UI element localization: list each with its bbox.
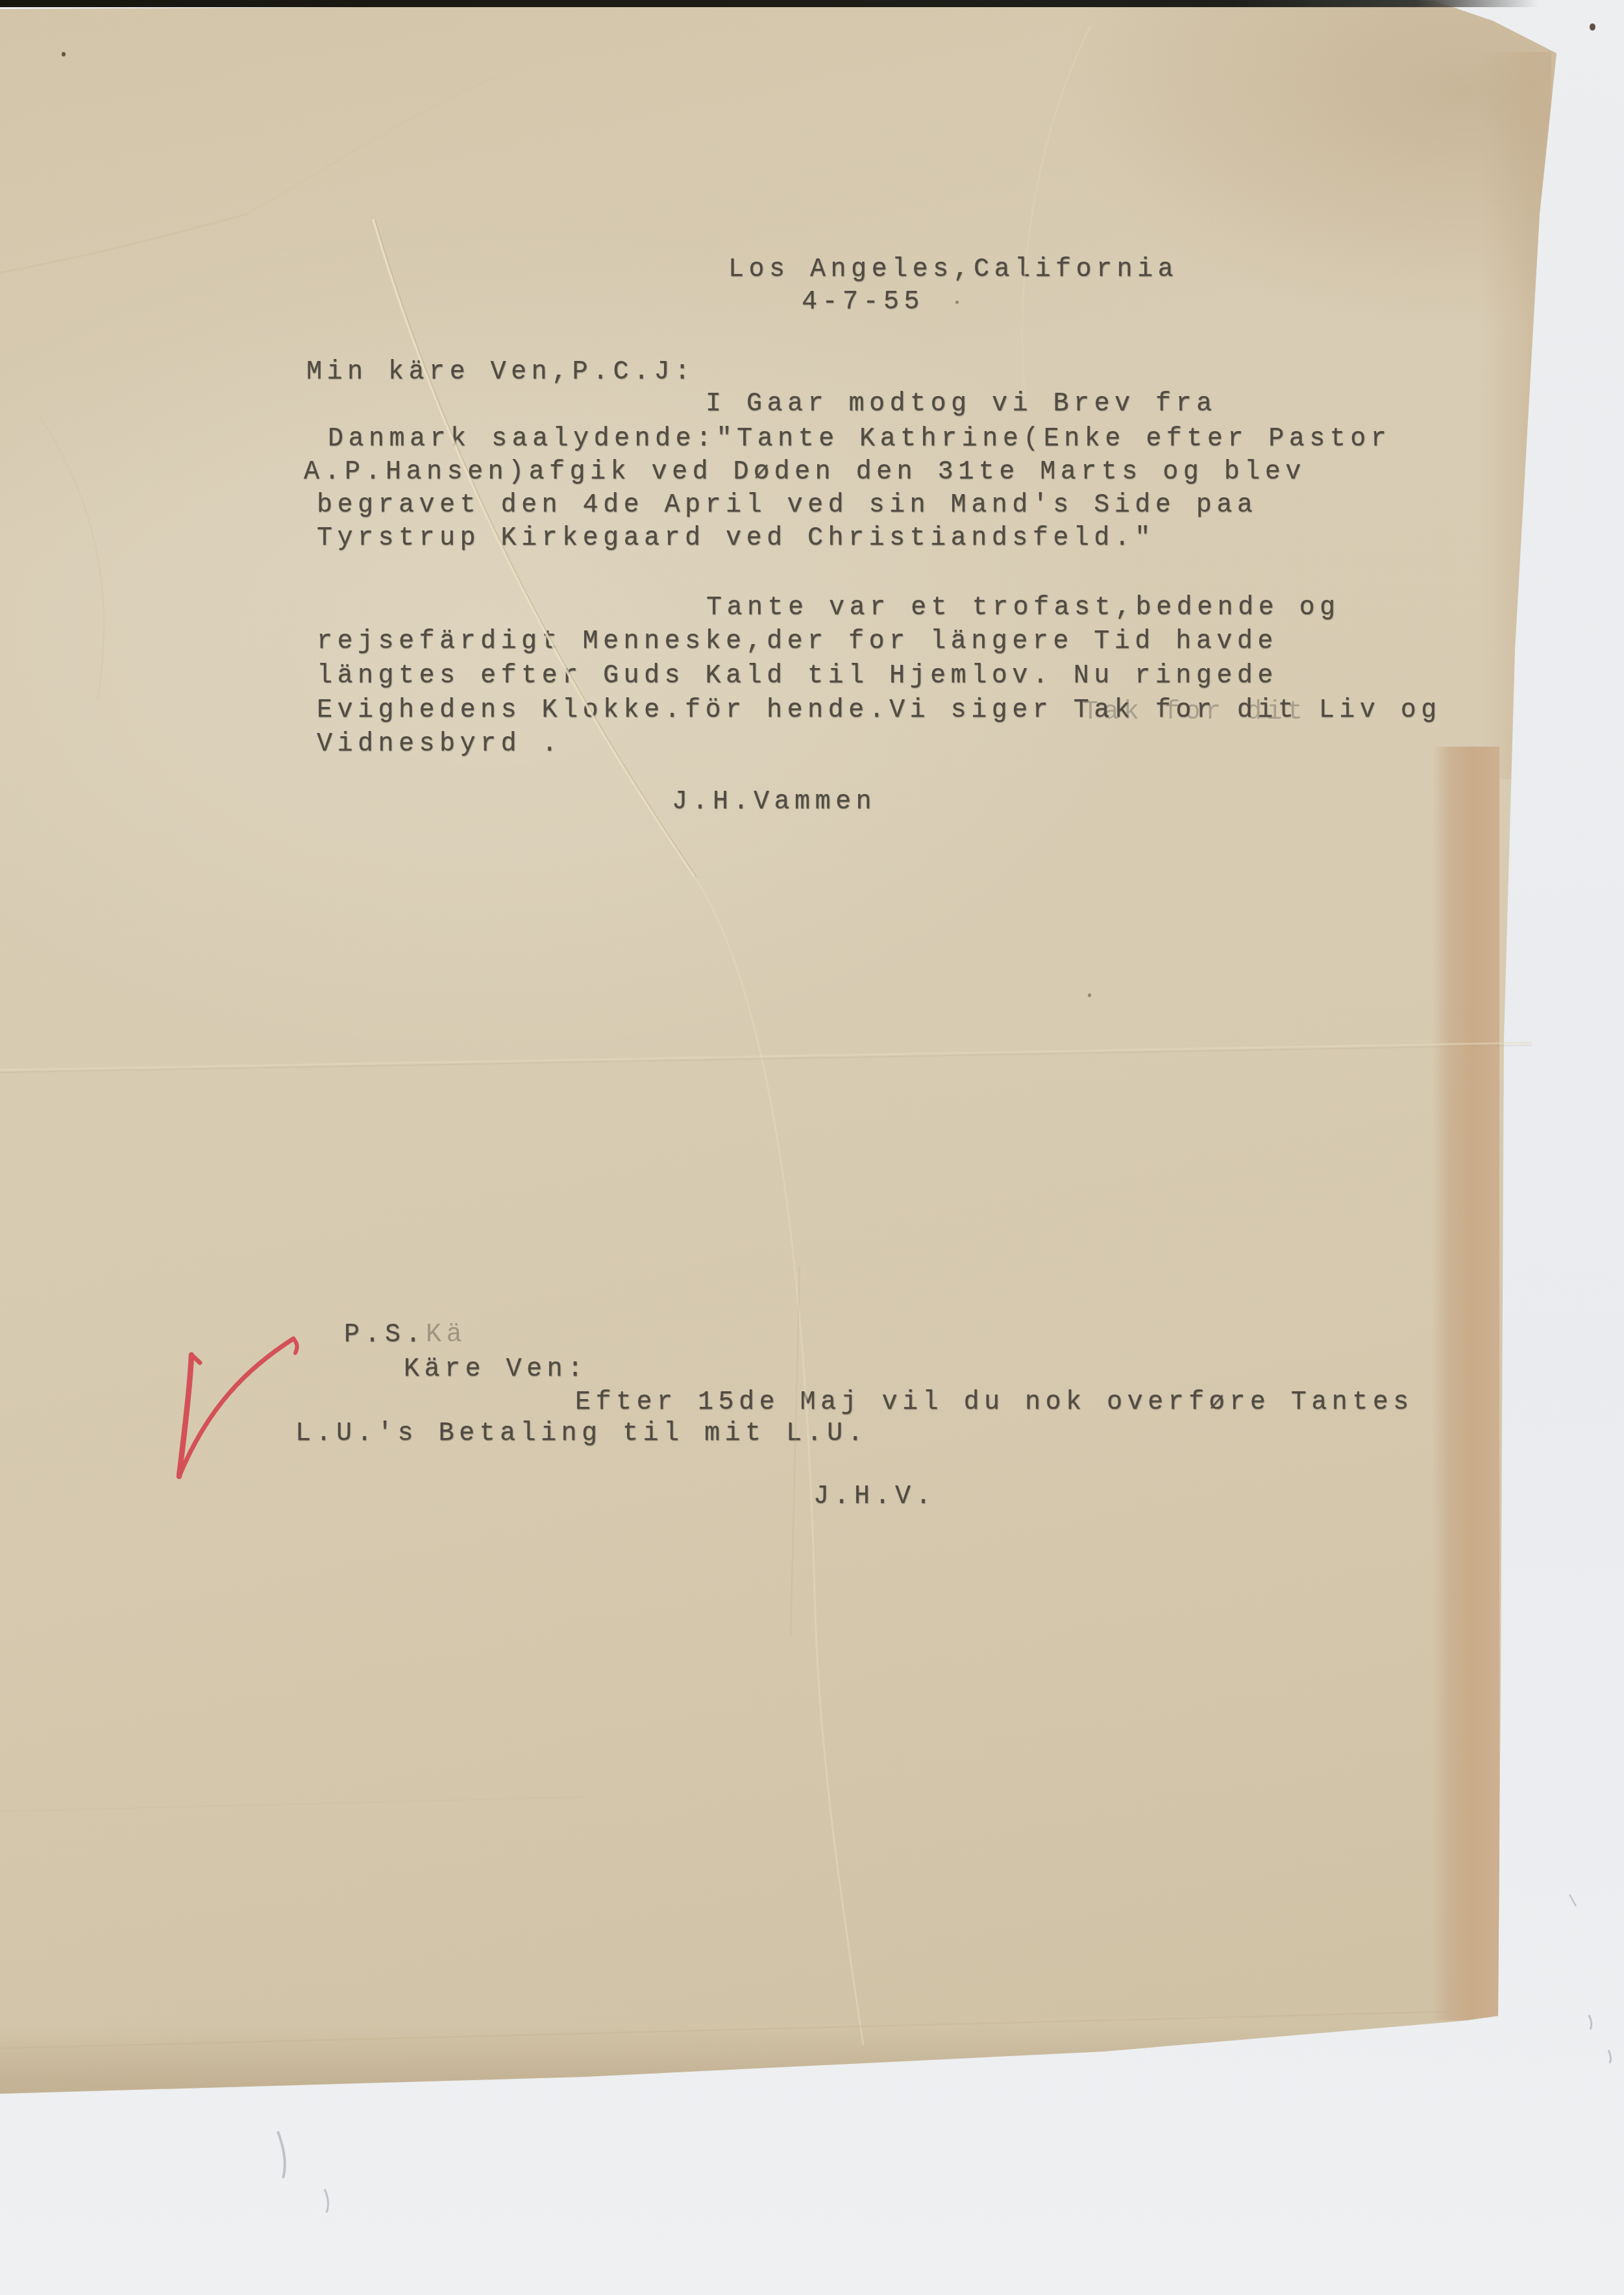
paper-sheet: Los Angeles,California 4-7-55 Min käre V… <box>0 0 1624 2295</box>
paper-right-edge-fade <box>1480 52 1551 779</box>
paper-bottom-shade <box>0 2026 1506 2094</box>
body-line: Tante var et trofast,bedende og <box>706 594 1340 623</box>
ps-salutation: Käre Ven: <box>404 1356 588 1384</box>
date-line: 4-7-55 <box>802 288 924 317</box>
paper-speck <box>955 301 959 304</box>
body-line: längtes efter Guds Kald til Hjemlov. Nu … <box>317 662 1278 691</box>
ps-line: Efter 15de Maj vil du nok overføre Tante… <box>575 1389 1414 1417</box>
overstrike-ghost-text: Tak for dit <box>1083 699 1308 727</box>
body-line: A.P.Hansen)afgik ved Døden den 31te Mart… <box>304 458 1306 487</box>
ps-label: P.S. <box>344 1321 426 1350</box>
place-line: Los Angeles,California <box>728 256 1178 284</box>
paper-speck <box>1088 993 1091 997</box>
background-speck <box>1590 23 1595 31</box>
ps-line: L.U.'s Betaling til mit L.U. <box>295 1420 868 1448</box>
scanned-letter: Los Angeles,California 4-7-55 Min käre V… <box>0 0 1624 2295</box>
ps-signature: J.H.V. <box>813 1483 936 1511</box>
body-line: begravet den 4de April ved sin Mand's Si… <box>317 491 1257 520</box>
ps-label-faded: Kä <box>426 1321 467 1350</box>
paper-right-edge-band <box>1432 747 1499 2020</box>
scan-edge-strip <box>0 0 1538 7</box>
body-line: Vidnesbyrd . <box>317 730 562 759</box>
body-line: rejsefärdigt Menneske,der for längere Ti… <box>317 628 1278 656</box>
body-line: Tyrstrup Kirkegaard ved Christiandsfeld.… <box>317 525 1155 553</box>
body-line: I Gaar modtog vi Brev fra <box>706 390 1217 419</box>
salutation-line: Min käre Ven,P.C.J: <box>306 358 695 387</box>
body-line: Danmark saalydende:"Tante Kathrine(Enke … <box>328 425 1391 454</box>
paper-speck <box>62 52 66 56</box>
signature-line: J.H.Vammen <box>672 788 876 817</box>
